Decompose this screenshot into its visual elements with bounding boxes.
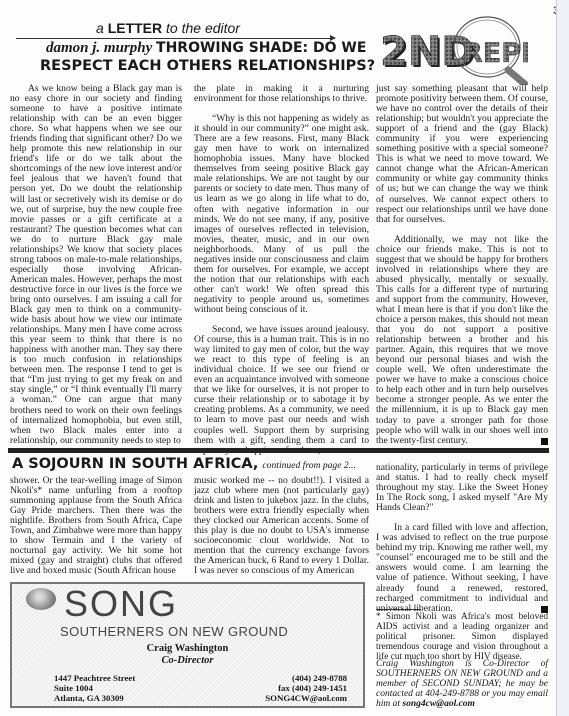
bio-org: SECOND SUNDAY xyxy=(422,679,498,689)
sojourn-column-3: nationality, particularly in terms of pr… xyxy=(376,463,548,614)
letter-column-3: just say something pleasant that will he… xyxy=(376,84,548,446)
letter-column-2: the plate in making it a nurturing envir… xyxy=(194,84,369,456)
paragraph: music worked me -- no doubt!!). I visite… xyxy=(194,476,369,576)
kicker-prefix: a xyxy=(96,20,108,36)
phone: (404) 249-8788 xyxy=(265,673,347,683)
end-mark-icon xyxy=(541,438,548,445)
footnote-rule xyxy=(376,609,421,610)
headline-line2: RESPECT EACH OTHERS RELATIONSHIPS? xyxy=(40,58,375,74)
bio-email: song4cw@aol.com xyxy=(402,699,475,709)
svg-text:2ND: 2ND xyxy=(380,29,475,75)
fax: fax (404) 249-1451 xyxy=(265,683,347,693)
sojourn-column-1: shower. Or the tear-welling image of Sim… xyxy=(10,476,182,576)
footnote: * Simon Nkoli was Africa's most beloved … xyxy=(376,612,548,662)
paragraph: Additionally, we may not like the choice… xyxy=(376,235,548,446)
contact-name: Craig Washington xyxy=(12,643,363,654)
email: SONG4CW@aol.com xyxy=(265,693,347,703)
page-edge xyxy=(556,0,569,716)
kicker-bold: LETTER xyxy=(108,20,162,36)
bio-text: Craig Washington is Co-Director of xyxy=(376,659,548,669)
address-line: Suite 1004 xyxy=(54,683,135,693)
bio-org: SOUTHERNERS ON NEW GROUND xyxy=(376,669,523,679)
paragraph-text: In a card filled with love and affection… xyxy=(376,522,548,613)
contact-role: Co-Director xyxy=(12,655,363,666)
paragraph-text: Additionally, we may not like the choice… xyxy=(376,234,548,446)
header-rule xyxy=(16,38,331,39)
section-kicker: a LETTER to the editor xyxy=(96,20,240,36)
address-block: 1447 Peachtree Street Suite 1004 Atlanta… xyxy=(54,673,135,703)
newspaper-page: 3 a LETTER to the editor damon j. murphy… xyxy=(0,0,556,716)
2nd-reply-logo-icon: 2ND 2ND REPLY xyxy=(378,10,528,85)
paragraph: shower. Or the tear-welling image of Sim… xyxy=(10,476,182,576)
sojourn-headline: A SOJOURN IN SOUTH AFRICA,continued from… xyxy=(12,455,356,473)
paragraph: In a card filled with love and affection… xyxy=(376,523,548,613)
address-line: Atlanta, GA 30309 xyxy=(54,693,135,703)
letter-column-1: As we know being a Black gay man is no e… xyxy=(10,84,182,446)
sojourn-column-2: music worked me -- no doubt!!). I visite… xyxy=(194,476,369,576)
address-line: 1447 Peachtree Street xyxy=(54,673,135,683)
paragraph: just say something pleasant that will he… xyxy=(376,84,548,225)
headline-text1: THROWING SHADE: DO WE xyxy=(156,40,366,56)
org-short-name: SONG xyxy=(64,586,178,622)
sphere-logo-icon xyxy=(26,588,56,610)
author-byline: damon j. murphy xyxy=(46,40,152,56)
paragraph: “Why is this not happening as widely as … xyxy=(194,114,369,315)
headline-line1: damon j. murphy THROWING SHADE: DO WE xyxy=(46,40,366,57)
paragraph: the plate in making it a nurturing envir… xyxy=(194,84,369,104)
section-divider xyxy=(8,448,549,453)
svg-text:REPLY: REPLY xyxy=(462,38,528,69)
author-bio: Craig Washington is Co-Director of SOUTH… xyxy=(376,659,548,709)
paragraph: nationality, particularly in terms of pr… xyxy=(376,463,548,513)
song-business-card: SONG SOUTHERNERS ON NEW GROUND Craig Was… xyxy=(10,582,365,708)
contact-block: (404) 249-8788 fax (404) 249-1451 SONG4C… xyxy=(265,673,347,703)
sojourn-title: A SOJOURN IN SOUTH AFRICA, xyxy=(12,456,258,472)
continued-note: continued from page 2... xyxy=(262,460,355,471)
kicker-suffix: to the editor xyxy=(162,20,240,36)
paragraph: Second, we have issues around jealousy. … xyxy=(194,325,369,456)
paragraph: As we know being a Black gay man is no e… xyxy=(10,84,182,446)
org-full-name: SOUTHERNERS ON NEW GROUND xyxy=(60,624,288,639)
